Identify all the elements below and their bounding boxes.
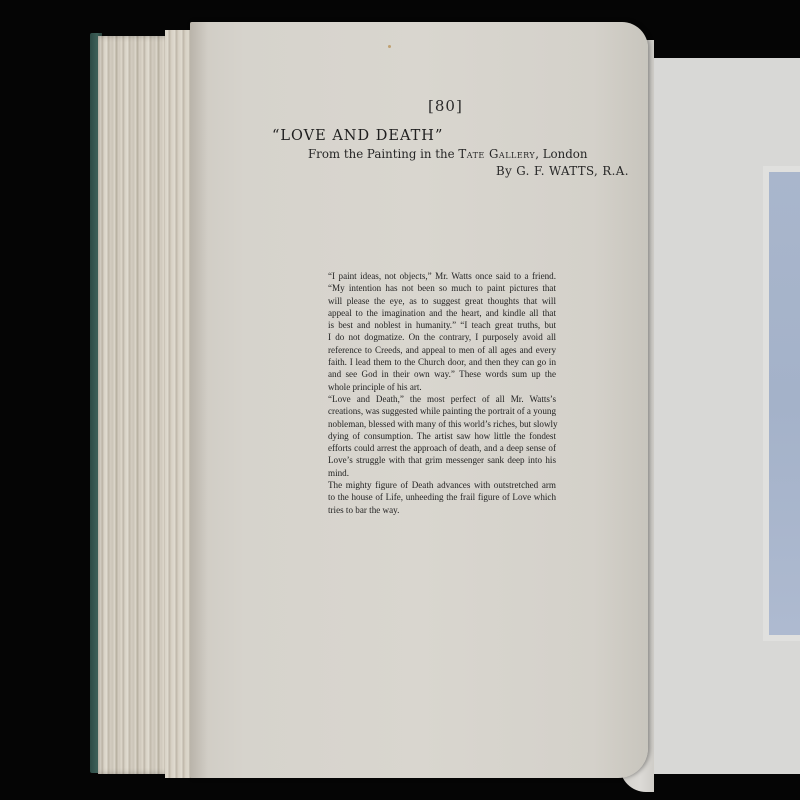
page-title: “LOVE AND DEATH”	[272, 128, 443, 144]
color-plate-illustration	[769, 172, 800, 635]
text-line: to the house of Life, unheeding the frai…	[328, 491, 556, 503]
subtitle-gallery: Tate Gallery	[458, 147, 535, 161]
foxing-spot	[388, 45, 391, 48]
text-line: Love’s struggle with that grim messenger…	[328, 454, 556, 466]
page-number: [80]	[428, 97, 463, 115]
text-line: efforts could arrest the approach of dea…	[328, 442, 556, 454]
subtitle-suffix: , London	[535, 147, 587, 161]
text-line: appeal to the imagination and the heart,…	[328, 307, 556, 319]
text-line: The mighty figure of Death advances with…	[328, 479, 556, 491]
text-line: creations, was suggested while painting …	[328, 405, 556, 417]
paragraph-3: The mighty figure of Death advances with…	[328, 479, 556, 516]
text-line: will please the eye, as to suggest great…	[328, 295, 556, 307]
open-book-photo: [80] “LOVE AND DEATH” From the Painting …	[0, 0, 800, 800]
text-line: tries to bar the way.	[328, 504, 556, 516]
text-line: “I paint ideas, not objects,” Mr. Watts …	[328, 270, 556, 282]
text-line: mind.	[328, 467, 556, 479]
text-line: faith. I lead them to the Church door, a…	[328, 356, 556, 368]
text-line: is best and noblest in humanity.” “I tea…	[328, 319, 556, 331]
text-line: dying of consumption. The artist saw how…	[328, 430, 556, 442]
body-text: “I paint ideas, not objects,” Mr. Watts …	[328, 270, 556, 516]
paragraph-2: “Love and Death,” the most perfect of al…	[328, 393, 556, 479]
byline: By G. F. WATTS, R.A.	[496, 164, 629, 178]
text-line: “My intention has not been so much to pa…	[328, 282, 556, 294]
text-line: “Love and Death,” the most perfect of al…	[328, 393, 556, 405]
subtitle-prefix: From the Painting in the	[308, 147, 458, 161]
text-line: and see God in their own way.” These wor…	[328, 368, 556, 380]
subtitle: From the Painting in the Tate Gallery, L…	[308, 147, 588, 161]
page-stack-edges-inner	[165, 30, 193, 778]
text-line: I do not dogmatize. On the contrary, I p…	[328, 331, 556, 343]
text-line: reference to Creeds, and appeal to men o…	[328, 344, 556, 356]
text-line: whole principle of his art.	[328, 381, 556, 393]
paragraph-1: “I paint ideas, not objects,” Mr. Watts …	[328, 270, 556, 393]
text-line: nobleman, blessed with many of this worl…	[328, 418, 556, 430]
